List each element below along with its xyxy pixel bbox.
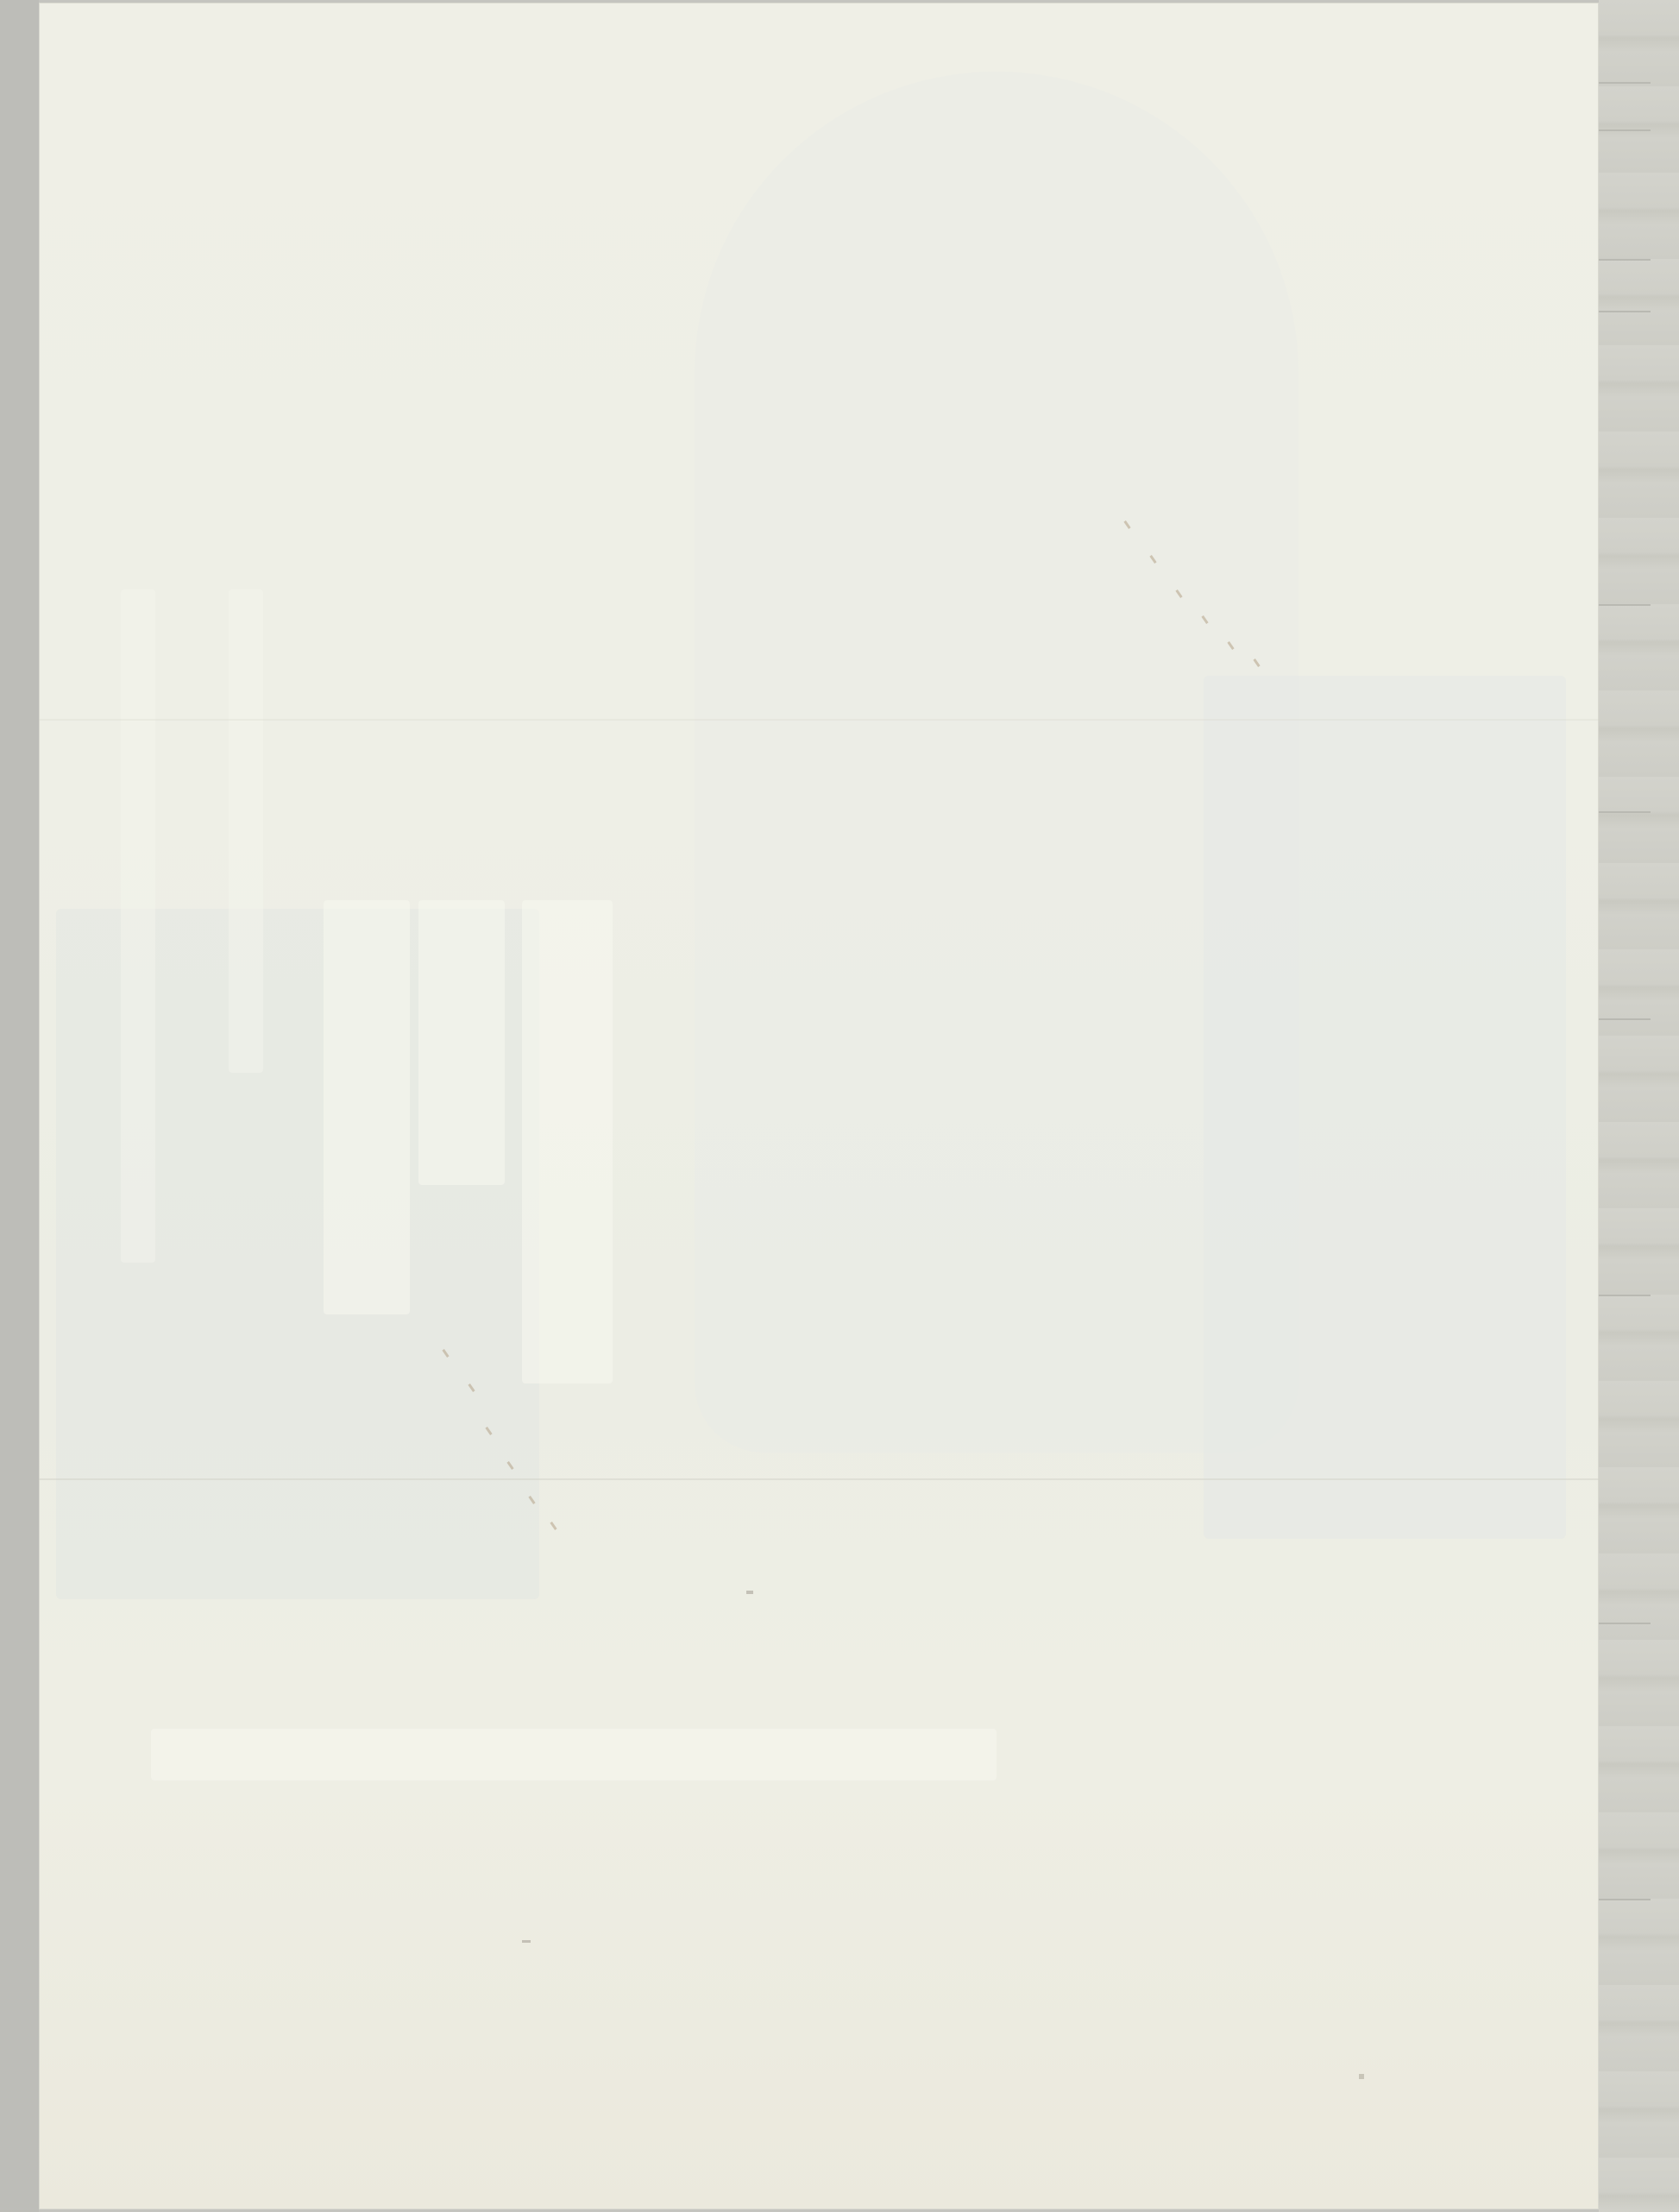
fold-line [39,1478,1599,1480]
scratch-mark [522,1940,531,1943]
edge-mark [1599,82,1651,84]
edge-mark [1599,1018,1651,1020]
edge-mark [1599,1295,1651,1296]
show-through-vertical-text [229,589,263,1073]
show-through-panel [1204,676,1566,1539]
show-through-vertical-text [418,900,505,1185]
scratch-mark [1359,2074,1364,2079]
show-through-vertical-text [522,900,613,1383]
scanner-bed-left [0,0,39,2212]
edge-mark [1599,1623,1651,1624]
show-through-bottom-line [151,1729,997,1780]
fold-line [39,719,1599,721]
scratch-mark [746,1591,753,1594]
edge-mark [1599,1899,1651,1900]
scratch-mark [550,1522,557,1530]
edge-mark [1599,811,1651,813]
edge-mark [1599,311,1651,312]
show-through-vertical-text [121,589,155,1263]
paper-sheet [39,3,1599,2209]
scanner-bed-right [1599,0,1679,2212]
edge-mark [1599,604,1651,606]
edge-mark [1599,259,1651,261]
edge-mark [1599,129,1651,131]
show-through-vertical-text [324,900,410,1314]
